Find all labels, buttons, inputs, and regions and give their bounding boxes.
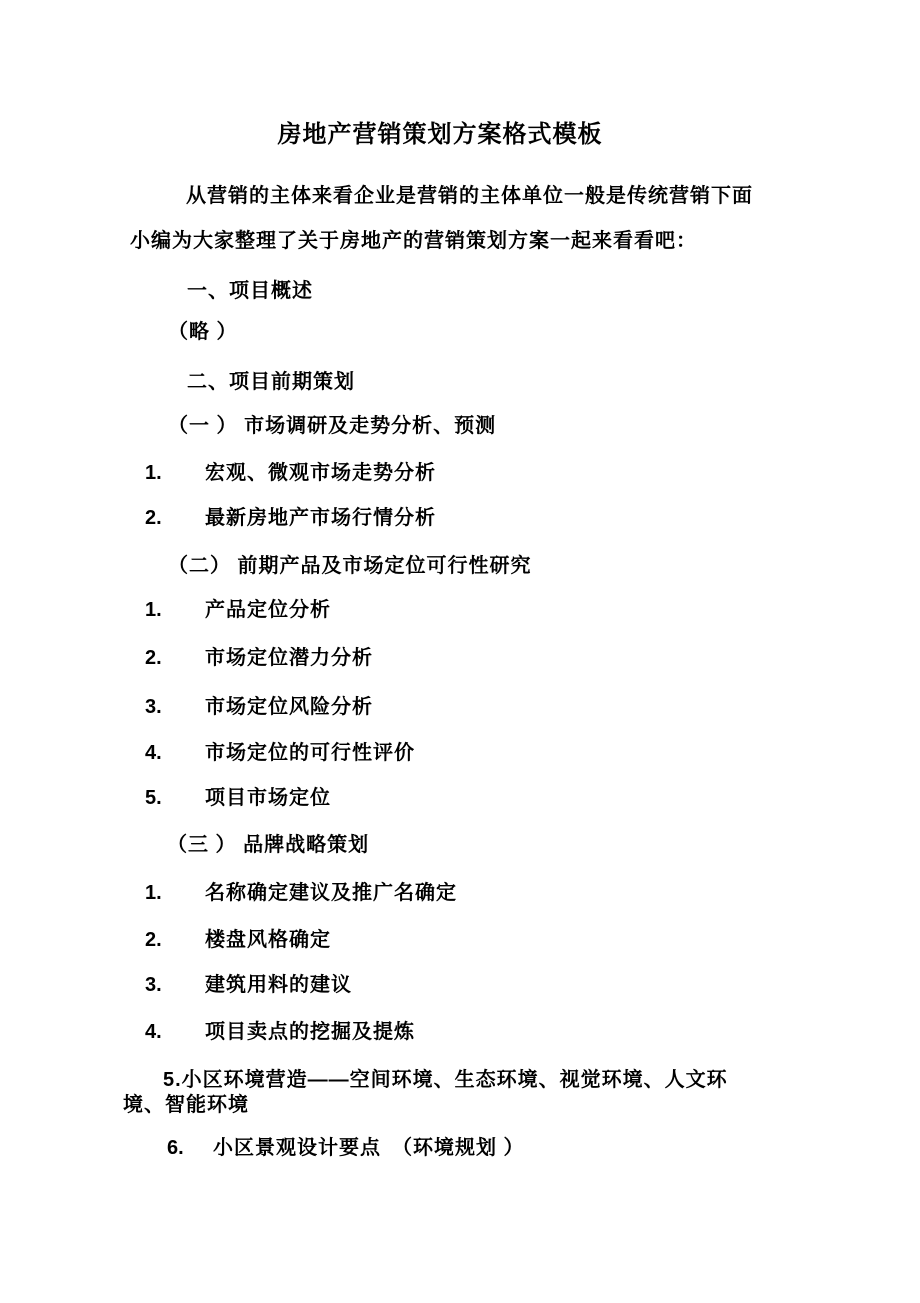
list-item: 5.项目市场定位 bbox=[145, 783, 331, 813]
list-item: 3.市场定位风险分析 bbox=[145, 692, 373, 722]
list-item-number: 6. bbox=[167, 1133, 213, 1163]
omitted-note: （略 ） bbox=[168, 317, 238, 347]
document-title: 房地产营销策划方案格式模板 bbox=[0, 118, 880, 152]
list-item: 4.市场定位的可行性评价 bbox=[145, 738, 415, 768]
list-item-number: 3. bbox=[145, 692, 205, 722]
subsection-1-heading: （一 ） 市场调研及走势分析、预测 bbox=[168, 411, 496, 441]
list-item-text: 市场定位的可行性评价 bbox=[205, 742, 415, 764]
heading-section-1: 一、项目概述 bbox=[187, 276, 313, 306]
list-item-text: 宏观、微观市场走势分析 bbox=[205, 462, 436, 484]
intro-paragraph-line-2: 小编为大家整理了关于房地产的营销策划方案一起来看看吧： bbox=[130, 226, 697, 256]
list-item-text: 项目市场定位 bbox=[205, 787, 331, 809]
list-item-text: 最新房地产市场行情分析 bbox=[205, 507, 436, 529]
list-item-text: 名称确定建议及推广名确定 bbox=[205, 882, 457, 904]
list-item-number: 1. bbox=[145, 458, 205, 488]
document-page: 房地产营销策划方案格式模板 从营销的主体来看企业是营销的主体单位一般是传统营销下… bbox=[0, 0, 920, 1303]
list-item: 2.楼盘风格确定 bbox=[145, 925, 331, 955]
list-item: 2.最新房地产市场行情分析 bbox=[145, 503, 436, 533]
list-item-number: 2. bbox=[145, 925, 205, 955]
list-item-text: 市场定位潜力分析 bbox=[205, 647, 373, 669]
list-item-number: 5. bbox=[145, 783, 205, 813]
intro-paragraph-line-1: 从营销的主体来看企业是营销的主体单位一般是传统营销下面 bbox=[186, 181, 753, 211]
list-item-number: 1. bbox=[145, 595, 205, 625]
list-item-number: 1. bbox=[145, 878, 205, 908]
list-item-5-wrapped-line-2: 境、智能环境 bbox=[123, 1090, 249, 1120]
list-item: 1.名称确定建议及推广名确定 bbox=[145, 878, 457, 908]
list-item-text: 市场定位风险分析 bbox=[205, 696, 373, 718]
list-item: 3.建筑用料的建议 bbox=[145, 970, 352, 1000]
subsection-3-heading: （三 ） 品牌战略策划 bbox=[167, 830, 369, 860]
list-item-text: 产品定位分析 bbox=[205, 599, 331, 621]
list-item: 2.市场定位潜力分析 bbox=[145, 643, 373, 673]
list-item: 6.小区景观设计要点 （环境规划 ） bbox=[167, 1133, 525, 1163]
list-item-text: 项目卖点的挖掘及提炼 bbox=[205, 1021, 415, 1043]
heading-section-2: 二、项目前期策划 bbox=[187, 367, 355, 397]
subsection-2-heading: （二） 前期产品及市场定位可行性研究 bbox=[168, 551, 532, 581]
list-item-number: 2. bbox=[145, 503, 205, 533]
list-item-number: 2. bbox=[145, 643, 205, 673]
list-item-text: 楼盘风格确定 bbox=[205, 929, 331, 951]
list-item: 1.宏观、微观市场走势分析 bbox=[145, 458, 436, 488]
list-item: 1.产品定位分析 bbox=[145, 595, 331, 625]
list-item-number: 3. bbox=[145, 970, 205, 1000]
list-item: 4.项目卖点的挖掘及提炼 bbox=[145, 1017, 415, 1047]
list-item-text: 建筑用料的建议 bbox=[205, 974, 352, 996]
list-item-number: 4. bbox=[145, 738, 205, 768]
list-item-number: 4. bbox=[145, 1017, 205, 1047]
list-item-text: 小区景观设计要点 （环境规划 ） bbox=[213, 1137, 525, 1159]
